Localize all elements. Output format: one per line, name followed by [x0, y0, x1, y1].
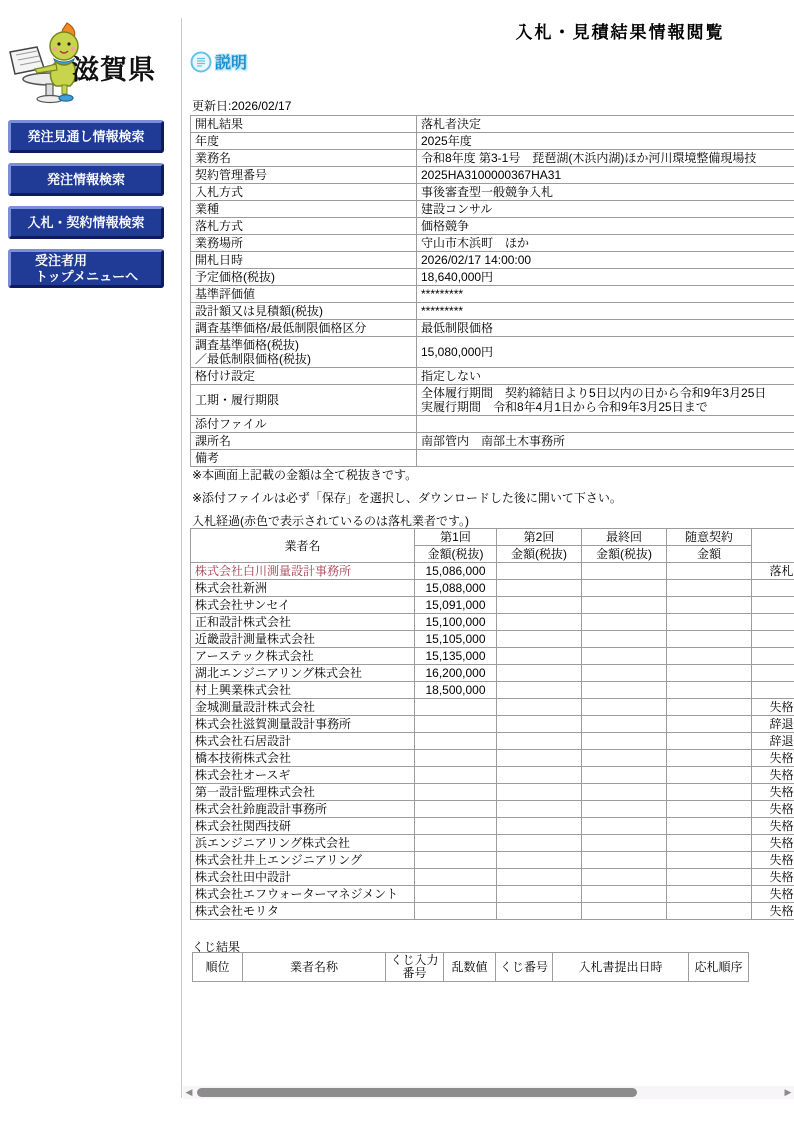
- detail-row: 格付け設定 指定しない: [191, 368, 794, 385]
- bid-amount-round2: [497, 716, 582, 733]
- bid-result-status: [752, 580, 794, 597]
- detail-label: 開札結果: [191, 116, 417, 133]
- bid-result-status: [752, 614, 794, 631]
- sidebar: 滋賀県 発注見通し情報検索 発注情報検索 入札・契約情報検索 受注者用 トップメ…: [0, 0, 181, 1123]
- bid-amount-round2: [497, 801, 582, 818]
- detail-label: 開札日時: [191, 252, 417, 269]
- scroll-left-icon[interactable]: ◀: [183, 1086, 195, 1099]
- bid-amount-final: [582, 580, 667, 597]
- bid-amount-round1: 15,091,000: [415, 597, 497, 614]
- bid-amount-round1: [415, 699, 497, 716]
- bid-history-table: 業者名 第1回 第2回 最終回 随意契約 金額(税抜) 金額(税抜) 金額(税抜…: [190, 528, 794, 920]
- bid-amount-negotiated: [667, 733, 752, 750]
- detail-label: 業種: [191, 201, 417, 218]
- round1-header: 第1回: [415, 529, 497, 546]
- bid-amount-final: [582, 869, 667, 886]
- lottery-header-cell: くじ入力番号: [386, 953, 444, 982]
- detail-value: *********: [417, 303, 794, 320]
- detail-row: 年度 2025年度: [191, 133, 794, 150]
- bid-amount-round1: [415, 801, 497, 818]
- detail-value: 指定しない: [417, 368, 794, 385]
- bid-amount-round2: [497, 648, 582, 665]
- bid-row: 株式会社井上エンジニアリング 失格: [191, 852, 794, 869]
- scrollbar-track[interactable]: [195, 1086, 782, 1099]
- bid-amount-round2: [497, 733, 582, 750]
- bid-amount-negotiated: [667, 835, 752, 852]
- detail-label: 基準評価値: [191, 286, 417, 303]
- bid-amount-round1: 15,105,000: [415, 631, 497, 648]
- bid-amount-negotiated: [667, 682, 752, 699]
- detail-label: 格付け設定: [191, 368, 417, 385]
- bid-amount-negotiated: [667, 903, 752, 920]
- bid-amount-round2: [497, 886, 582, 903]
- bidder-name-header: 業者名: [191, 529, 415, 563]
- detail-row: 調査基準価格/最低制限価格区分 最低制限価格: [191, 320, 794, 337]
- bid-amount-final: [582, 614, 667, 631]
- sidebar-item-contractor-top-menu[interactable]: 受注者用 トップメニューへ: [8, 249, 164, 288]
- bid-header-row-1: 業者名 第1回 第2回 最終回 随意契約: [191, 529, 794, 546]
- bid-amount-round2: [497, 580, 582, 597]
- detail-row: 落札方式 価格競争: [191, 218, 794, 235]
- detail-row: 工期・履行期限 全体履行期間 契約締結日より5日以内の日から令和9年3月25日 …: [191, 385, 794, 416]
- detail-value: 18,640,000円: [417, 269, 794, 286]
- detail-value: [417, 450, 794, 467]
- detail-value: 15,080,000円: [417, 337, 794, 368]
- lottery-result-table: 順位 業者名称 くじ入力番号 乱数値 くじ番号 入札書提出日時 応札順序: [192, 952, 749, 982]
- bid-result-status: 失格: [752, 699, 794, 716]
- detail-row: 予定価格(税抜) 18,640,000円: [191, 269, 794, 286]
- detail-value: 2025HA3100000367HA31: [417, 167, 794, 184]
- bid-amount-final: [582, 784, 667, 801]
- detail-label: 落札方式: [191, 218, 417, 235]
- bid-row: 株式会社滋賀測量設計事務所 辞退: [191, 716, 794, 733]
- bid-row: 湖北エンジニアリング株式会社 16,200,000: [191, 665, 794, 682]
- bid-amount-round2: [497, 665, 582, 682]
- bid-result-status: 失格: [752, 801, 794, 818]
- detail-label: 課所名: [191, 433, 417, 450]
- detail-value: *********: [417, 286, 794, 303]
- bid-amount-round2: [497, 852, 582, 869]
- bid-amount-final: [582, 750, 667, 767]
- detail-value: 2026/02/17 14:00:00: [417, 252, 794, 269]
- bid-amount-negotiated: [667, 869, 752, 886]
- amount-header-2: 金額(税抜): [497, 546, 582, 563]
- bid-amount-round1: [415, 750, 497, 767]
- bid-amount-round2: [497, 614, 582, 631]
- detail-row: 課所名 南部管内 南部土木事務所: [191, 433, 794, 450]
- bid-result-status: [752, 631, 794, 648]
- bidder-name: 湖北エンジニアリング株式会社: [191, 665, 415, 682]
- bid-amount-round2: [497, 750, 582, 767]
- bidder-name: アーステック株式会社: [191, 648, 415, 665]
- bid-amount-round1: [415, 767, 497, 784]
- detail-row: 備考: [191, 450, 794, 467]
- bid-amount-round1: 15,135,000: [415, 648, 497, 665]
- bid-row: 株式会社関西技研 失格: [191, 818, 794, 835]
- updated-date: 更新日:2026/02/17: [192, 97, 291, 114]
- bid-amount-negotiated: [667, 784, 752, 801]
- bid-row: 近畿設計測量株式会社 15,105,000: [191, 631, 794, 648]
- bid-result-status: [752, 665, 794, 682]
- bid-result-status: 失格: [752, 784, 794, 801]
- bid-amount-final: [582, 852, 667, 869]
- detail-row: 開札結果 落札者決定: [191, 116, 794, 133]
- bid-row: 村上興業株式会社 18,500,000: [191, 682, 794, 699]
- bid-amount-negotiated: [667, 563, 752, 580]
- bid-amount-round2: [497, 597, 582, 614]
- amount-header-3: 金額(税抜): [582, 546, 667, 563]
- bid-amount-negotiated: [667, 614, 752, 631]
- detail-value: 守山市木浜町 ほか: [417, 235, 794, 252]
- bid-result-status: 失格: [752, 750, 794, 767]
- detail-value: 落札者決定: [417, 116, 794, 133]
- bid-row: 株式会社サンセイ 15,091,000: [191, 597, 794, 614]
- shiga-logo[interactable]: 滋賀県: [4, 22, 176, 108]
- bid-amount-round1: 15,086,000: [415, 563, 497, 580]
- bid-result-status: 失格: [752, 886, 794, 903]
- detail-row: 開札日時 2026/02/17 14:00:00: [191, 252, 794, 269]
- detail-value: 全体履行期間 契約締結日より5日以内の日から令和9年3月25日 実履行期間 令和…: [417, 385, 794, 416]
- bidder-name: 村上興業株式会社: [191, 682, 415, 699]
- bid-amount-final: [582, 597, 667, 614]
- detail-value: 南部管内 南部土木事務所: [417, 433, 794, 450]
- lottery-header-cell: 応札順序: [689, 953, 749, 982]
- detail-row: 設計額又は見積額(税抜) *********: [191, 303, 794, 320]
- bidder-name: 株式会社モリタ: [191, 903, 415, 920]
- explain-label: 説明: [215, 50, 247, 73]
- bidder-name: 株式会社関西技研: [191, 818, 415, 835]
- bidder-name: 近畿設計測量株式会社: [191, 631, 415, 648]
- bid-amount-negotiated: [667, 801, 752, 818]
- bid-amount-round2: [497, 869, 582, 886]
- bid-amount-negotiated: [667, 818, 752, 835]
- note-tax-excluded: ※本画面上記載の金額は全て税抜きです。: [192, 466, 417, 483]
- result-header: [752, 529, 794, 563]
- bid-amount-negotiated: [667, 886, 752, 903]
- detail-value: 最低制限価格: [417, 320, 794, 337]
- detail-row: 業種 建設コンサル: [191, 201, 794, 218]
- bid-amount-negotiated: [667, 665, 752, 682]
- detail-row: 添付ファイル: [191, 416, 794, 433]
- bid-amount-round1: 16,200,000: [415, 665, 497, 682]
- round2-header: 第2回: [497, 529, 582, 546]
- detail-value: 2025年度: [417, 133, 794, 150]
- page-title: 入札・見積結果情報閲覧: [190, 18, 794, 43]
- detail-value: [417, 416, 794, 433]
- bid-result-status: 失格: [752, 903, 794, 920]
- bid-amount-final: [582, 699, 667, 716]
- detail-row: 業務名 令和8年度 第3-1号 琵琶湖(木浜内湖)ほか河川環境整備現場技: [191, 150, 794, 167]
- bid-amount-final: [582, 903, 667, 920]
- bid-amount-final: [582, 665, 667, 682]
- bid-amount-round2: [497, 767, 582, 784]
- bid-amount-round1: [415, 886, 497, 903]
- bid-amount-final: [582, 648, 667, 665]
- bid-amount-final: [582, 767, 667, 784]
- prefecture-name: 滋賀県: [72, 48, 156, 87]
- bidder-name: 株式会社新洲: [191, 580, 415, 597]
- bid-amount-negotiated: [667, 699, 752, 716]
- detail-label: 工期・履行期限: [191, 385, 417, 416]
- bid-amount-negotiated: [667, 631, 752, 648]
- lottery-header-cell: 業者名称: [243, 953, 386, 982]
- bid-amount-round2: [497, 699, 582, 716]
- bid-result-status: 失格: [752, 869, 794, 886]
- detail-value: 令和8年度 第3-1号 琵琶湖(木浜内湖)ほか河川環境整備現場技: [417, 150, 794, 167]
- bid-amount-negotiated: [667, 750, 752, 767]
- bidder-name: 株式会社鈴鹿設計事務所: [191, 801, 415, 818]
- bid-row: 橋本技術株式会社 失格: [191, 750, 794, 767]
- sidebar-divider: [181, 18, 182, 1098]
- bid-result-status: 落札: [752, 563, 794, 580]
- detail-label: 年度: [191, 133, 417, 150]
- bid-amount-round1: [415, 835, 497, 852]
- detail-row: 業務場所 守山市木浜町 ほか: [191, 235, 794, 252]
- detail-row: 基準評価値 *********: [191, 286, 794, 303]
- amount-header-1: 金額(税抜): [415, 546, 497, 563]
- sidebar-nav: 発注見通し情報検索 発注情報検索 入札・契約情報検索 受注者用 トップメニューへ: [8, 120, 164, 298]
- bid-row: 株式会社田中設計 失格: [191, 869, 794, 886]
- explain-button[interactable]: 説明: [190, 50, 247, 73]
- detail-value: 建設コンサル: [417, 201, 794, 218]
- bidder-name: 株式会社エフウォーターマネジメント: [191, 886, 415, 903]
- lottery-header-cell: 入札書提出日時: [553, 953, 689, 982]
- bid-row: 株式会社新洲 15,088,000: [191, 580, 794, 597]
- bid-amount-round2: [497, 631, 582, 648]
- scrollbar-thumb[interactable]: [197, 1088, 637, 1097]
- bid-row: 第一設計監理株式会社 失格: [191, 784, 794, 801]
- detail-label: 調査基準価格/最低制限価格区分: [191, 320, 417, 337]
- detail-row: 契約管理番号 2025HA3100000367HA31: [191, 167, 794, 184]
- bid-amount-round2: [497, 784, 582, 801]
- bid-amount-negotiated: [667, 597, 752, 614]
- bid-amount-final: [582, 818, 667, 835]
- detail-row: 調査基準価格(税抜) ／最低制限価格(税抜) 15,080,000円: [191, 337, 794, 368]
- bid-result-status: 辞退: [752, 716, 794, 733]
- detail-value: 事後審査型一般競争入札: [417, 184, 794, 201]
- bid-result-status: 失格: [752, 835, 794, 852]
- bid-amount-final: [582, 563, 667, 580]
- bid-row: 正和設計株式会社 15,100,000: [191, 614, 794, 631]
- bid-amount-negotiated: [667, 716, 752, 733]
- detail-label: 業務名: [191, 150, 417, 167]
- bid-amount-round2: [497, 903, 582, 920]
- scroll-right-icon[interactable]: ▶: [782, 1086, 794, 1099]
- bidder-name: 正和設計株式会社: [191, 614, 415, 631]
- bid-row: 株式会社鈴鹿設計事務所 失格: [191, 801, 794, 818]
- bid-detail-table: 開札結果 落札者決定 年度 2025年度 業務名 令和8年度 第3-1号 琵琶湖…: [190, 115, 794, 467]
- lottery-header-cell: くじ番号: [496, 953, 553, 982]
- document-icon: [190, 51, 212, 73]
- bid-result-status: 辞退: [752, 733, 794, 750]
- bid-amount-final: [582, 801, 667, 818]
- bid-amount-round1: 18,500,000: [415, 682, 497, 699]
- bid-amount-round1: [415, 818, 497, 835]
- bid-row: 株式会社石居設計 辞退: [191, 733, 794, 750]
- amount-header-4: 金額: [667, 546, 752, 563]
- bid-amount-final: [582, 886, 667, 903]
- sidebar-item-order-forecast-search[interactable]: 発注見通し情報検索: [8, 120, 164, 153]
- bid-result-status: [752, 682, 794, 699]
- bidder-name: 株式会社滋賀測量設計事務所: [191, 716, 415, 733]
- bid-result-status: [752, 648, 794, 665]
- bid-row: 金城測量設計株式会社 失格: [191, 699, 794, 716]
- detail-label: 添付ファイル: [191, 416, 417, 433]
- bid-row: 株式会社モリタ 失格: [191, 903, 794, 920]
- detail-label: 設計額又は見積額(税抜): [191, 303, 417, 320]
- detail-value: 価格競争: [417, 218, 794, 235]
- bid-history-caption: 入札経過(赤色で表示されているのは落札業者です。): [192, 512, 469, 529]
- bid-amount-round1: 15,100,000: [415, 614, 497, 631]
- sidebar-item-order-info-search[interactable]: 発注情報検索: [8, 163, 164, 196]
- bid-row: 株式会社オースギ 失格: [191, 767, 794, 784]
- bid-row: 株式会社白川測量設計事務所 15,086,000 落札: [191, 563, 794, 580]
- bid-amount-round1: 15,088,000: [415, 580, 497, 597]
- bid-result-status: 失格: [752, 852, 794, 869]
- detail-label: 備考: [191, 450, 417, 467]
- bid-amount-round2: [497, 818, 582, 835]
- page: 滋賀県 発注見通し情報検索 発注情報検索 入札・契約情報検索 受注者用 トップメ…: [0, 0, 794, 1123]
- bid-amount-negotiated: [667, 767, 752, 784]
- bid-row: 浜エンジニアリング株式会社 失格: [191, 835, 794, 852]
- bidder-name: 株式会社白川測量設計事務所: [191, 563, 415, 580]
- bid-amount-round2: [497, 563, 582, 580]
- detail-label: 業務場所: [191, 235, 417, 252]
- bid-amount-round1: [415, 852, 497, 869]
- bid-amount-final: [582, 631, 667, 648]
- detail-label: 調査基準価格(税抜) ／最低制限価格(税抜): [191, 337, 417, 368]
- negotiated-contract-header: 随意契約: [667, 529, 752, 546]
- lottery-header-cell: 乱数値: [444, 953, 496, 982]
- main-content: 入札・見積結果情報閲覧 説明 更新日:2026/02/17: [190, 0, 794, 1080]
- bid-amount-final: [582, 682, 667, 699]
- bidder-name: 浜エンジニアリング株式会社: [191, 835, 415, 852]
- lottery-header-row: 順位 業者名称 くじ入力番号 乱数値 くじ番号 入札書提出日時 応札順序: [193, 953, 749, 982]
- detail-row: 入札方式 事後審査型一般競争入札: [191, 184, 794, 201]
- bid-amount-round1: [415, 903, 497, 920]
- bid-amount-final: [582, 733, 667, 750]
- detail-label: 入札方式: [191, 184, 417, 201]
- bidder-name: 橋本技術株式会社: [191, 750, 415, 767]
- bid-amount-round1: [415, 733, 497, 750]
- bidder-name: 第一設計監理株式会社: [191, 784, 415, 801]
- bid-result-status: 失格: [752, 767, 794, 784]
- final-round-header: 最終回: [582, 529, 667, 546]
- bidder-name: 金城測量設計株式会社: [191, 699, 415, 716]
- sidebar-item-bid-contract-search[interactable]: 入札・契約情報検索: [8, 206, 164, 239]
- bid-amount-final: [582, 835, 667, 852]
- bid-amount-negotiated: [667, 852, 752, 869]
- bid-amount-negotiated: [667, 580, 752, 597]
- bid-row: アーステック株式会社 15,135,000: [191, 648, 794, 665]
- horizontal-scrollbar[interactable]: ◀ ▶: [183, 1086, 794, 1099]
- bidder-name: 株式会社石居設計: [191, 733, 415, 750]
- bidder-name: 株式会社サンセイ: [191, 597, 415, 614]
- bid-row: 株式会社エフウォーターマネジメント 失格: [191, 886, 794, 903]
- bid-amount-final: [582, 716, 667, 733]
- bid-amount-round2: [497, 682, 582, 699]
- note-attachment-save: ※添付ファイルは必ず「保存」を選択し、ダウンロードした後に開いて下さい。: [192, 489, 622, 506]
- bid-amount-negotiated: [667, 648, 752, 665]
- bid-result-status: [752, 597, 794, 614]
- bidder-name: 株式会社井上エンジニアリング: [191, 852, 415, 869]
- lottery-header-cell: 順位: [193, 953, 243, 982]
- bid-amount-round1: [415, 784, 497, 801]
- bid-result-status: 失格: [752, 818, 794, 835]
- bid-amount-round1: [415, 716, 497, 733]
- bidder-name: 株式会社田中設計: [191, 869, 415, 886]
- bid-amount-round2: [497, 835, 582, 852]
- detail-label: 予定価格(税抜): [191, 269, 417, 286]
- bidder-name: 株式会社オースギ: [191, 767, 415, 784]
- bid-amount-round1: [415, 869, 497, 886]
- detail-label: 契約管理番号: [191, 167, 417, 184]
